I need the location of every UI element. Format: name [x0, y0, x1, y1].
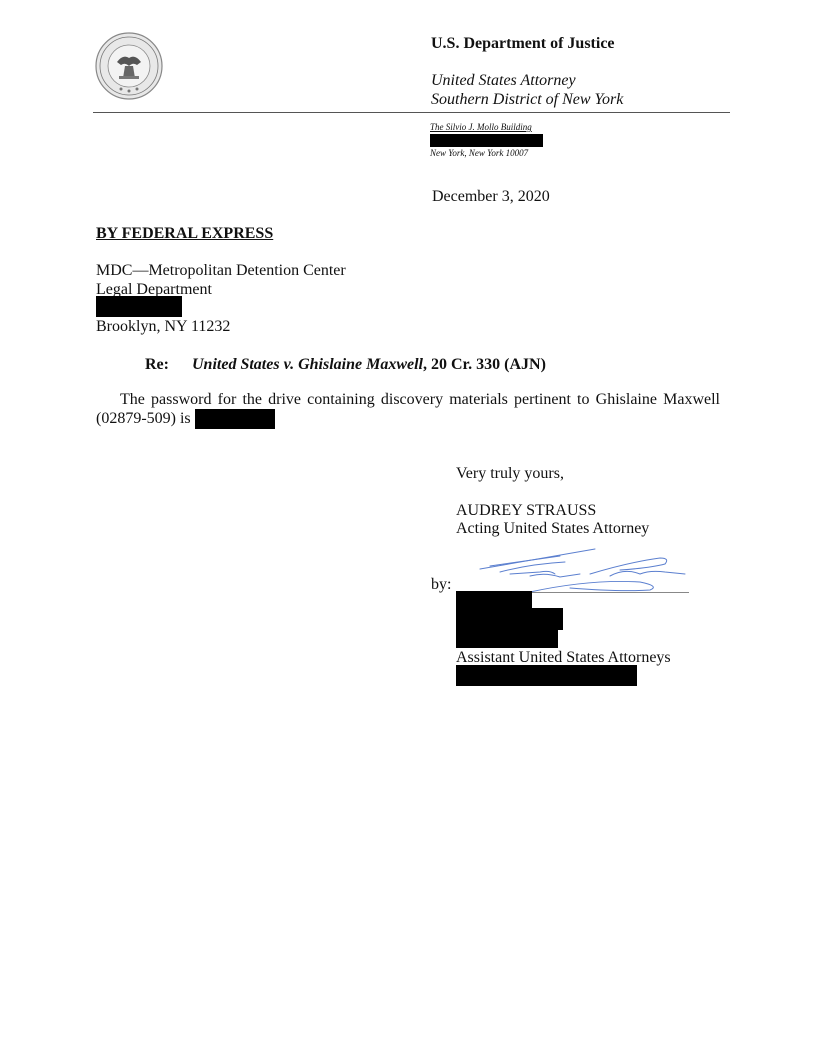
redaction-block-assistant-3 — [456, 628, 558, 648]
recipient-line-4: Brooklyn, NY 11232 — [96, 318, 230, 336]
delivery-method: BY FEDERAL EXPRESS — [96, 225, 273, 243]
re-label: Re: — [145, 356, 169, 374]
re-subject: United States v. Ghislaine Maxwell, 20 C… — [192, 356, 546, 374]
doj-seal-icon — [95, 32, 163, 100]
letterhead-divider — [93, 112, 730, 113]
address-line-3: New York, New York 10007 — [430, 148, 528, 158]
address-line-1: The Silvio J. Mollo Building — [430, 122, 532, 132]
office-line-1: United States Attorney — [431, 72, 576, 90]
by-label: by: — [431, 576, 451, 594]
signer-title: Acting United States Attorney — [456, 520, 649, 538]
redaction-block-address — [430, 134, 543, 147]
valediction: Very truly yours, — [456, 465, 564, 483]
letter-date: December 3, 2020 — [432, 188, 550, 206]
redaction-block-contact — [456, 665, 637, 686]
recipient-line-1: MDC—Metropolitan Detention Center — [96, 262, 346, 280]
agency-name: U.S. Department of Justice — [431, 35, 615, 53]
redaction-block-recipient — [96, 296, 182, 317]
case-name: United States v. Ghislaine Maxwell — [192, 356, 423, 373]
case-number: , 20 Cr. 330 (AJN) — [423, 356, 546, 373]
redaction-block-assistant-2 — [456, 608, 563, 630]
redaction-block-password — [195, 409, 275, 429]
body-line-2: (02879-509) is — [96, 410, 191, 428]
body-line-1: The password for the drive containing di… — [96, 391, 720, 409]
office-line-2: Southern District of New York — [431, 91, 623, 109]
signer-name: AUDREY STRAUSS — [456, 502, 596, 520]
